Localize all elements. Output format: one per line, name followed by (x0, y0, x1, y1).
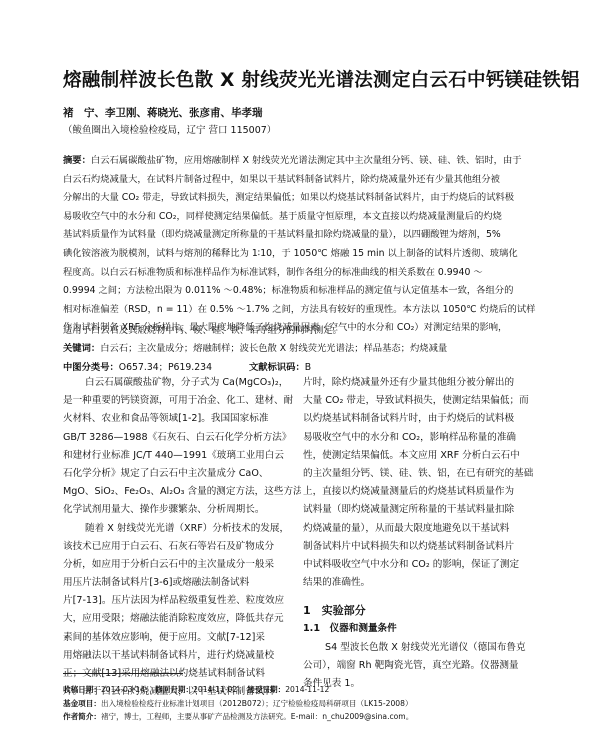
footnote-author-bio: 作者简介：褚宁，博士，工程师，主要从事矿产品检测及方法研究。E-mail：n_c… (63, 710, 413, 724)
abstract-last-line: 适用于白云石及其煅烧物中钙、镁、硅、铁、铝等组分的同时测定。 (63, 322, 342, 336)
body-line: 灼烧减量的量），从而最大限度地避免以干基试料 (303, 520, 541, 538)
body-line: 试料量（即灼烧减量测定所称量的干基试料量扣除 (303, 501, 541, 519)
body-line: 大，应用受限；熔融法能消除粒度效应，降低共存元 (63, 610, 301, 628)
body-line: 公司），端窗 Rh 靶陶瓷光管，真空光路。仪器测量 (303, 657, 541, 675)
footnote-divider (63, 673, 183, 674)
section-heading: 1 实验部分 (303, 602, 541, 620)
doc-code: B (305, 362, 311, 373)
abstract-line: 碘化铵溶液为脱模剂，试料与熔剂的稀释比为 1∶10，于 1050℃ 熔融 15 … (63, 245, 541, 264)
footnote-fund: 基金项目：出入境检验检疫行业标准计划项目（2012B072）；辽宁检验检疫局科研… (63, 697, 413, 711)
body-line: 易吸收空气中的水分和 CO₂，影响样品称量的准确 (303, 429, 541, 447)
clc-number: O657.34；P619.234 (119, 362, 212, 373)
body-line: GB/T 3286—1988《石灰石、白云石化学分析方法》 (63, 429, 301, 447)
body-line: S4 型波长色散 X 射线荧光光谱仪（德国布鲁克 (303, 639, 541, 657)
body-line: 的主次量组分钙、镁、硅、铁、铝，在已有研究的基础 (303, 465, 541, 483)
abstract-line: 白云石灼烧减量大，在试料片制备过程中，如果以干基试料制备试料片，除灼烧减量外还有… (63, 171, 541, 190)
affiliation: （鲅鱼圈出入境检验检疫局，辽宁 营口 115007） (63, 122, 276, 136)
paper-title: 熔融制样波长色散 X 射线荧光光谱法测定白云石中钙镁硅铁铝 (63, 66, 543, 92)
body-line: 性，使测定结果偏低。本文应用 XRF 分析白云石中 (303, 447, 541, 465)
keywords-text: 白云石；主次量成分；熔融制样；波长色散 X 射线荧光光谱法；样品基态；灼烧减量 (100, 343, 447, 354)
abstract-line: 相对标准偏差（RSD，n = 11）在 0.5% ～1.7% 之间，方法具有较好… (63, 301, 541, 320)
body-line: 白云石属碳酸盐矿物，分子式为 Ca(MgCO₃)₂， (63, 374, 301, 392)
body-line: 分析，如应用于分析白云石中的主次量成分一般采 (63, 556, 301, 574)
body-line: 制备试料片中试料损失和以灼烧基试料制备试料片 (303, 538, 541, 556)
subsection-heading: 1.1 仪器和测量条件 (303, 620, 541, 638)
body-column-left: 白云石属碳酸盐矿物，分子式为 Ca(MgCO₃)₂， 是一种重要的钙镁资源，可用… (63, 374, 301, 701)
body-line: 大量 CO₂ 带走，导致试料损失，使测定结果偏低；而 (303, 392, 541, 410)
body-line: 结果的准确性。 (303, 574, 541, 592)
body-line: 用压片法制备试料片[3-6]或熔融法制备试料 (63, 574, 301, 592)
body-line: 该技术已应用于白云石、石灰石等岩石及矿物成分 (63, 538, 301, 556)
body-line: 片时，除灼烧减量外还有少量其他组分被分解出的 (303, 374, 541, 392)
abstract-line: 基试料质量作为试料量（即灼烧减量测定所称量的干基试料量扣除灼烧减量的量），以四硼… (63, 226, 541, 245)
abstract-line: 摘要：白云石属碳酸盐矿物，应用熔融制样 X 射线荧光光谱法测定其中主次量组分钙、… (63, 152, 541, 171)
body-line: 石化学分析》规定了白云石中主次量成分 CaO、 (63, 465, 301, 483)
footnotes: 收稿日期：2014-03-14； 修回日期：2014-11-02； 接受日期：2… (63, 683, 413, 724)
keywords: 关键词：白云石；主次量成分；熔融制样；波长色散 X 射线荧光光谱法；样品基态；灼… (63, 340, 447, 354)
classification: 中图分类号：O657.34；P619.234 文献标识码：B (63, 359, 311, 373)
body-line: 随着 X 射线荧光光谱（XRF）分析技术的发展， (63, 520, 301, 538)
body-line: 上，直接以灼烧减量测量后的灼烧基试料质量作为 (303, 483, 541, 501)
body-line: 中试料吸收空气中水分和 CO₂ 的影响，保证了测定 (303, 556, 541, 574)
abstract: 摘要：白云石属碳酸盐矿物，应用熔融制样 X 射线荧光光谱法测定其中主次量组分钙、… (63, 152, 541, 338)
body-line: MgO、SiO₂、Fe₂O₃、Al₂O₃ 含量的测定方法，这些方法 (63, 483, 301, 501)
body-column-right: 片时，除灼烧减量外还有少量其他组分被分解出的 大量 CO₂ 带走，导致试料损失，… (303, 374, 541, 693)
body-line: 化学试剂用量大、操作步骤繁杂、分析周期长。 (63, 501, 301, 519)
abstract-line: 分解出的大量 CO₂ 带走，导致试料损失，测定结果偏低；如果以灼烧基试料制备试料… (63, 189, 541, 208)
clc-label: 中图分类号： (63, 362, 119, 373)
author-list: 褚 宁、李卫刚、蒋晓光、张彦甫、毕孝瑞 (63, 105, 263, 120)
doc-code-label: 文献标识码： (249, 362, 305, 373)
body-line: 是一种重要的钙镁资源，可用于冶金、化工、建材、耐 (63, 392, 301, 410)
body-line: 以灼烧基试料制备试料片时，由于灼烧后的试料极 (303, 410, 541, 428)
keywords-label: 关键词： (63, 343, 100, 354)
abstract-label: 摘要： (63, 155, 91, 166)
body-line: 火材料、农业和食品等领域[1-2]。我国国家标准 (63, 410, 301, 428)
body-line: 素间的基体效应影响，便于应用。文献[7-12]采 (63, 629, 301, 647)
abstract-line: 0.9994 之间；方法检出限为 0.011% ～0.48%；标准物质和标准样品… (63, 282, 541, 301)
body-line: 和建材行业标准 JC/T 440—1991《玻璃工业用白云 (63, 447, 301, 465)
body-line: 片[7-13]。压片法因为样品粒级重复性差、粒度效应 (63, 592, 301, 610)
abstract-line: 易吸收空气中的水分和 CO₂，同样使测定结果偏低。基于质量守恒原理，本文直接以灼… (63, 208, 541, 227)
body-line: 正；文献[13]采用熔融法以灼烧基试料制备试料 (63, 665, 301, 683)
footnote-dates: 收稿日期：2014-03-14； 修回日期：2014-11-02； 接受日期：2… (63, 683, 413, 697)
abstract-line: 程度高。以白云石标准物质和标准样品作为标准试料，制作各组分的标准曲线的相关系数在… (63, 264, 541, 283)
body-line: 用熔融法以干基试料制备试料片，进行灼烧减量校 (63, 647, 301, 665)
